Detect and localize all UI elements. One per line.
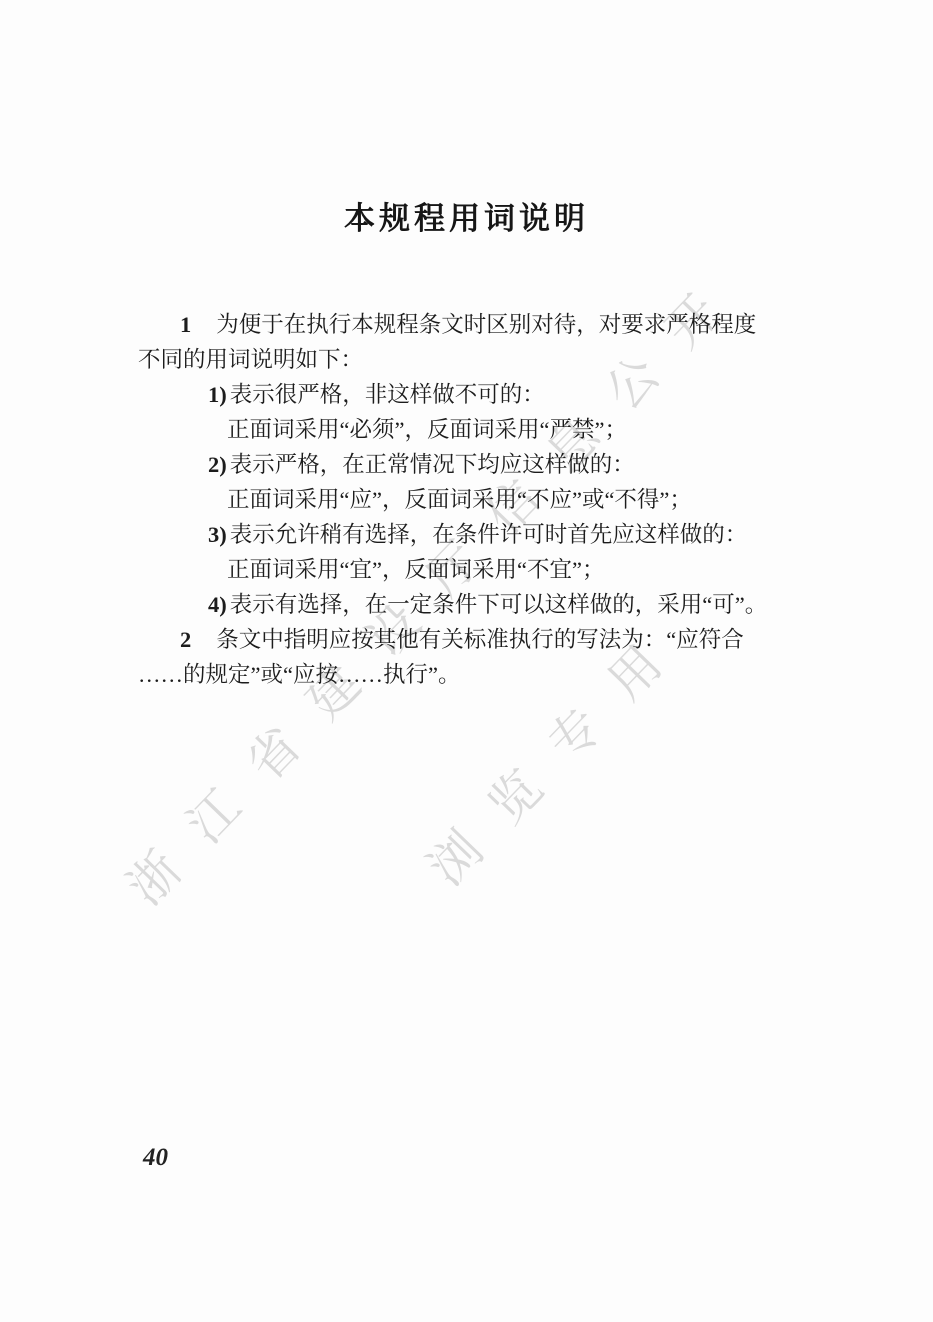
list-item-text: 正面词采用“应”，反面词采用“不应”或“不得”； [227, 487, 692, 512]
paragraph-text: 条文中指明应按其他有关标准执行的写法为：“应符合 [216, 627, 744, 652]
list-item-number: 2) [208, 452, 227, 477]
list-item-2-line-1: 2)表示严格，在正常情况下均应这样做的： [138, 447, 806, 482]
paragraph-2-line-2: ……的规定”或“应按……执行”。 [138, 657, 806, 692]
list-item-text: 表示允许稍有选择，在条件许可时首先应这样做的： [230, 522, 748, 547]
paragraph-1-line-1: 1为便于在执行本规程条文时区别对待，对要求严格程度 [138, 307, 806, 342]
list-item-text: 表示有选择，在一定条件下可以这样做的，采用“可”。 [230, 592, 767, 617]
list-item-3-line-2: 正面词采用“宜”，反面词采用“不宜”； [138, 552, 806, 587]
list-item-number: 4) [208, 592, 227, 617]
page-number: 40 [143, 1144, 168, 1172]
paragraph-1-line-2: 不同的用词说明如下： [138, 342, 806, 377]
list-item-text: 正面词采用“必须”，反面词采用“严禁”； [227, 417, 627, 442]
list-item-text: 正面词采用“宜”，反面词采用“不宜”； [227, 557, 604, 582]
list-item-3-line-1: 3)表示允许稍有选择，在条件许可时首先应这样做的： [138, 517, 806, 552]
list-item-2-line-2: 正面词采用“应”，反面词采用“不应”或“不得”； [138, 482, 806, 517]
paragraph-2-line-1: 2条文中指明应按其他有关标准执行的写法为：“应符合 [138, 622, 806, 657]
list-item-number: 3) [208, 522, 227, 547]
paragraph-number: 2 [180, 627, 191, 652]
list-item-number: 1) [208, 382, 227, 407]
paragraph-text: ……的规定”或“应按……执行”。 [138, 662, 460, 687]
paragraph-text: 不同的用词说明如下： [138, 347, 363, 372]
list-item-1-line-1: 1)表示很严格，非这样做不可的： [138, 377, 806, 412]
document-page: 本规程用词说明 1为便于在执行本规程条文时区别对待，对要求严格程度 不同的用词说… [0, 0, 933, 1322]
list-item-1-line-2: 正面词采用“必须”，反面词采用“严禁”； [138, 412, 806, 447]
list-item-text: 表示很严格，非这样做不可的： [230, 382, 545, 407]
paragraph-text: 为便于在执行本规程条文时区别对待，对要求严格程度 [216, 312, 756, 337]
list-item-4-line-1: 4)表示有选择，在一定条件下可以这样做的，采用“可”。 [138, 587, 806, 622]
paragraph-number: 1 [180, 312, 191, 337]
page-title: 本规程用词说明 [0, 193, 933, 238]
list-item-text: 表示严格，在正常情况下均应这样做的： [230, 452, 635, 477]
wording-explanation-body: 1为便于在执行本规程条文时区别对待，对要求严格程度 不同的用词说明如下： 1)表… [138, 307, 806, 692]
